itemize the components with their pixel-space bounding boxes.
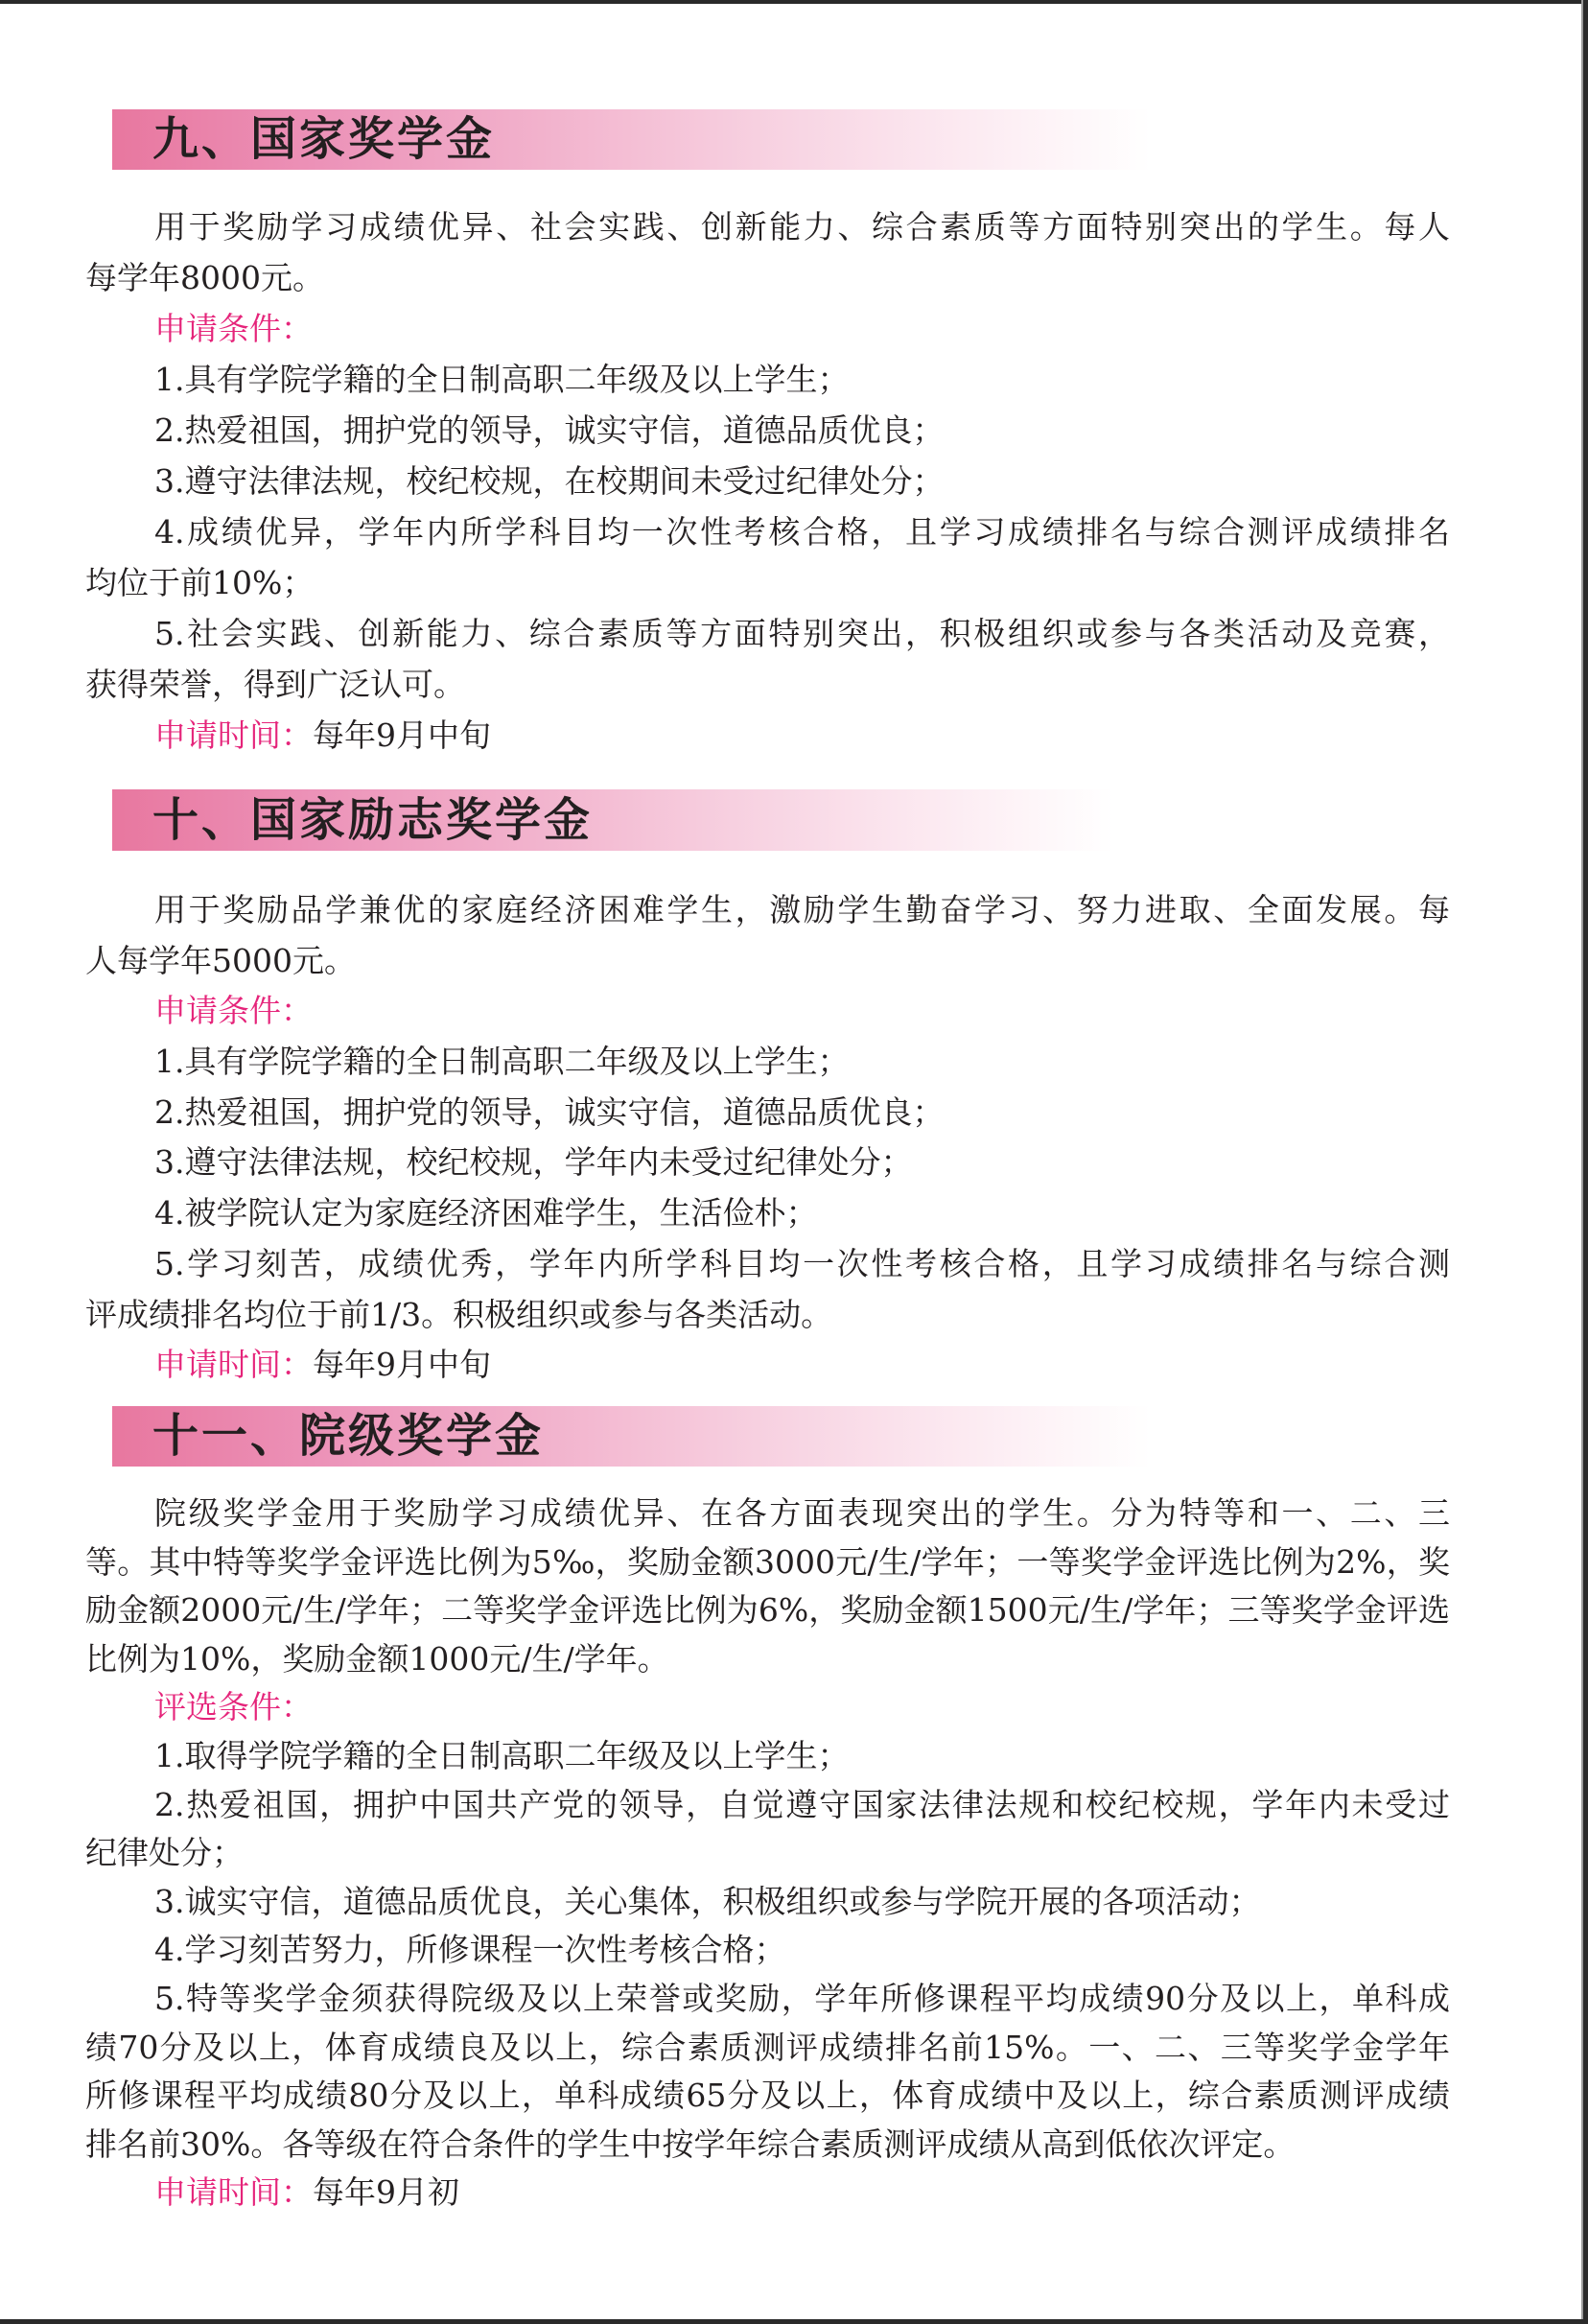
criteria-item: 1.具有学院学籍的全日制高职二年级及以上学生；	[85, 354, 1450, 405]
text-line: 等。其中特等奖学金评选比例为5‰，奖励金额3000元/生/学年；一等奖学金评选比…	[85, 1538, 1450, 1587]
apply-time: 申请时间：每年9月初	[85, 2169, 1450, 2218]
intro-paragraph: 用于奖励学习成绩优异、社会实践、创新能力、综合素质等方面特别突出的学生。每人 每…	[85, 201, 1450, 303]
text-line: 励金额2000元/生/学年；二等奖学金评选比例为6%，奖励金额1500元/生/学…	[85, 1586, 1450, 1635]
text-line: 5.特等奖学金须获得院级及以上荣誉或奖励，学年所修课程平均成绩90分及以上，单科…	[85, 1975, 1450, 2024]
apply-time-label: 申请时间：	[154, 1346, 313, 1383]
apply-time-value: 每年9月中旬	[313, 1346, 491, 1383]
apply-time: 申请时间：每年9月中旬	[85, 710, 1450, 761]
text-line: 人每学年5000元。	[85, 936, 1450, 987]
text-line: 2.热爱祖国，拥护党的领导，诚实守信，道德品质优良；	[85, 405, 1450, 456]
section-header-bar: 十、国家励志奖学金	[112, 789, 1114, 851]
criteria-item: 3.遵守法律法规，校纪校规，学年内未受过纪律处分；	[85, 1138, 1450, 1188]
criteria-item: 4.成绩优异，学年内所学科目均一次性考核合格，且学习成绩排名与综合测评成绩排名 …	[85, 506, 1450, 608]
section-header-bar: 十一、院级奖学金	[112, 1406, 1151, 1467]
section-body: 院级奖学金用于奖励学习成绩优异、在各方面表现突出的学生。分为特等和一、二、三 等…	[85, 1490, 1450, 2218]
criteria-item: 5.社会实践、创新能力、综合素质等方面特别突出，积极组织或参与各类活动及竞赛， …	[85, 608, 1450, 710]
section-body: 用于奖励学习成绩优异、社会实践、创新能力、综合素质等方面特别突出的学生。每人 每…	[85, 201, 1450, 761]
text-line: 4.学习刻苦努力，所修课程一次性考核合格；	[85, 1926, 1450, 1975]
page-border-bottom	[0, 2319, 1588, 2324]
criteria-item: 4.被学院认定为家庭经济困难学生，生活俭朴；	[85, 1188, 1450, 1239]
criteria-item: 5.特等奖学金须获得院级及以上荣誉或奖励，学年所修课程平均成绩90分及以上，单科…	[85, 1975, 1450, 2169]
criteria-item: 2.热爱祖国，拥护党的领导，诚实守信，道德品质优良；	[85, 405, 1450, 456]
text-line: 2.热爱祖国，拥护中国共产党的领导，自觉遵守国家法律法规和校纪校规，学年内未受过	[85, 1781, 1450, 1830]
text-line: 每学年8000元。	[85, 252, 1450, 303]
apply-time-label: 申请时间：	[154, 716, 313, 754]
section-body: 用于奖励品学兼优的家庭经济困难学生，激励学生勤奋学习、努力进取、全面发展。每 人…	[85, 885, 1450, 1391]
text-line: 用于奖励品学兼优的家庭经济困难学生，激励学生勤奋学习、努力进取、全面发展。每	[85, 885, 1450, 936]
text-line: 院级奖学金用于奖励学习成绩优异、在各方面表现突出的学生。分为特等和一、二、三	[85, 1490, 1450, 1538]
text-line: 评成绩排名均位于前1/3。积极组织或参与各类活动。	[85, 1290, 1450, 1341]
criteria-item: 1.具有学院学籍的全日制高职二年级及以上学生；	[85, 1037, 1450, 1088]
text-line: 绩70分及以上，体育成绩良及以上，综合素质测评成绩排名前15%。一、二、三等奖学…	[85, 2024, 1450, 2073]
criteria-label: 评选条件：	[85, 1683, 1450, 1732]
section-title: 九、国家奖学金	[112, 109, 1151, 170]
apply-time: 申请时间：每年9月中旬	[85, 1340, 1450, 1391]
text-line: 1.具有学院学籍的全日制高职二年级及以上学生；	[85, 354, 1450, 405]
text-line: 4.被学院认定为家庭经济困难学生，生活俭朴；	[85, 1188, 1450, 1239]
page-border-right	[1583, 0, 1588, 2324]
section-title: 十一、院级奖学金	[112, 1406, 1151, 1467]
document-page: 九、国家奖学金 用于奖励学习成绩优异、社会实践、创新能力、综合素质等方面特别突出…	[0, 0, 1588, 2324]
apply-time-label: 申请时间：	[154, 2173, 313, 2211]
text-line: 排名前30%。各等级在符合条件的学生中按学年综合素质测评成绩从高到低依次评定。	[85, 2121, 1450, 2170]
section-header-bar: 九、国家奖学金	[112, 109, 1151, 170]
text-line: 3.诚实守信，道德品质优良，关心集体，积极组织或参与学院开展的各项活动；	[85, 1878, 1450, 1927]
criteria-item: 3.诚实守信，道德品质优良，关心集体，积极组织或参与学院开展的各项活动；	[85, 1878, 1450, 1927]
text-line: 纪律处分；	[85, 1829, 1450, 1878]
section-title: 十、国家励志奖学金	[112, 789, 1114, 851]
text-line: 所修课程平均成绩80分及以上，单科成绩65分及以上，体育成绩中及以上，综合素质测…	[85, 2072, 1450, 2121]
text-line: 4.成绩优异，学年内所学科目均一次性考核合格，且学习成绩排名与综合测评成绩排名	[85, 506, 1450, 557]
text-line: 3.遵守法律法规，校纪校规，在校期间未受过纪律处分；	[85, 456, 1450, 506]
criteria-item: 5.学习刻苦，成绩优秀，学年内所学科目均一次性考核合格，且学习成绩排名与综合测 …	[85, 1239, 1450, 1340]
intro-paragraph: 院级奖学金用于奖励学习成绩优异、在各方面表现突出的学生。分为特等和一、二、三 等…	[85, 1490, 1450, 1683]
criteria-item: 2.热爱祖国，拥护中国共产党的领导，自觉遵守国家法律法规和校纪校规，学年内未受过…	[85, 1781, 1450, 1878]
text-line: 2.热爱祖国，拥护党的领导，诚实守信，道德品质优良；	[85, 1088, 1450, 1139]
criteria-label: 申请条件：	[85, 986, 1450, 1037]
text-line: 5.学习刻苦，成绩优秀，学年内所学科目均一次性考核合格，且学习成绩排名与综合测	[85, 1239, 1450, 1290]
intro-paragraph: 用于奖励品学兼优的家庭经济困难学生，激励学生勤奋学习、努力进取、全面发展。每 人…	[85, 885, 1450, 986]
text-line: 均位于前10%；	[85, 557, 1450, 608]
criteria-item: 1.取得学院学籍的全日制高职二年级及以上学生；	[85, 1732, 1450, 1781]
text-line: 1.具有学院学籍的全日制高职二年级及以上学生；	[85, 1037, 1450, 1088]
text-line: 5.社会实践、创新能力、综合素质等方面特别突出，积极组织或参与各类活动及竞赛，	[85, 608, 1450, 659]
text-line: 比例为10%，奖励金额1000元/生/学年。	[85, 1635, 1450, 1684]
text-line: 3.遵守法律法规，校纪校规，学年内未受过纪律处分；	[85, 1138, 1450, 1188]
text-line: 获得荣誉，得到广泛认可。	[85, 659, 1450, 710]
apply-time-value: 每年9月中旬	[313, 716, 491, 754]
criteria-item: 2.热爱祖国，拥护党的领导，诚实守信，道德品质优良；	[85, 1088, 1450, 1139]
criteria-item: 3.遵守法律法规，校纪校规，在校期间未受过纪律处分；	[85, 456, 1450, 506]
criteria-label: 申请条件：	[85, 303, 1450, 354]
text-line: 1.取得学院学籍的全日制高职二年级及以上学生；	[85, 1732, 1450, 1781]
criteria-item: 4.学习刻苦努力，所修课程一次性考核合格；	[85, 1926, 1450, 1975]
text-line: 用于奖励学习成绩优异、社会实践、创新能力、综合素质等方面特别突出的学生。每人	[85, 201, 1450, 252]
page-border-top	[0, 0, 1588, 4]
apply-time-value: 每年9月初	[313, 2173, 459, 2211]
